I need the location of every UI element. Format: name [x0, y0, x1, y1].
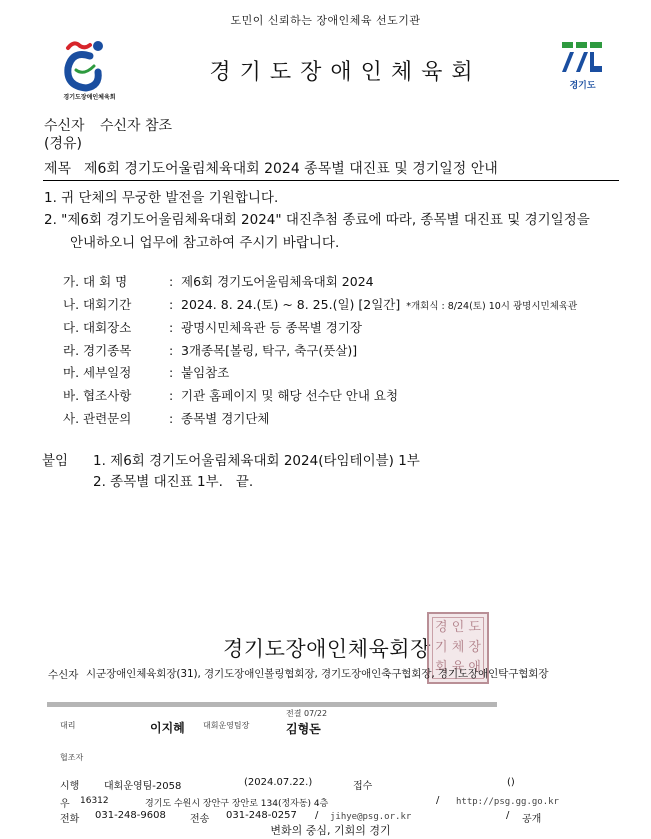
email-slash: /	[315, 810, 318, 821]
signer-title: 경기도장애인체육회장	[223, 633, 431, 663]
detail-value: 광명시민체육관 등 종목별 경기장	[181, 320, 362, 335]
detail-label: 가. 대 회 명	[63, 272, 169, 290]
cooperator-label: 협조자	[60, 752, 83, 763]
detail-venue: 다. 대회장소:광명시민체육관 등 종목별 경기장	[63, 318, 362, 336]
detail-event-period: 나. 대회기간:2024. 8. 24.(토) ~ 8. 25.(일) [2일간…	[63, 295, 577, 313]
detail-value: 2024. 8. 24.(토) ~ 8. 25.(일) [2일간]	[181, 297, 400, 312]
detail-sports: 라. 경기종목:3개종목[볼링, 탁구, 축구(풋살)]	[63, 341, 357, 359]
detail-value: 기관 홈페이지 및 해당 선수단 안내 요청	[181, 388, 398, 403]
homepage-link[interactable]: http://psg.gg.go.kr	[456, 797, 559, 807]
detail-event-name: 가. 대 회 명:제6회 경기도어울림체육대회 2024	[63, 272, 374, 290]
detail-value: 붙임참조	[181, 365, 229, 380]
exec-date: (2024.07.22.)	[244, 777, 312, 788]
exec-label: 시행	[60, 777, 79, 792]
postal-label: 우	[60, 795, 70, 810]
body-paragraph-1: 1. 귀 단체의 무궁한 발전을 기원합니다.	[44, 186, 278, 206]
detail-label: 바. 협조사항	[63, 386, 169, 404]
detail-label: 사. 관련문의	[63, 409, 169, 427]
drafter-title: 대리	[60, 720, 75, 731]
detail-label: 마. 세부일정	[63, 363, 169, 381]
detail-value: 제6회 경기도어울림체육대회 2024	[181, 274, 374, 289]
address: 경기도 수원시 장안구 장안로 134(정자동) 4층	[145, 796, 328, 809]
attachment-item-1: 1. 제6회 경기도어울림체육대회 2024(타임테이블) 1부	[93, 449, 420, 469]
cc-label: 수신자	[48, 667, 78, 682]
opening-ceremony-note: *개회식 : 8/24(토) 10시 광명시민체육관	[406, 301, 577, 312]
detail-label: 나. 대회기간	[63, 295, 169, 313]
detail-label: 라. 경기종목	[63, 341, 169, 359]
exec-number: 대회운영팀-2058	[104, 777, 181, 792]
gyeonggi-province-logo-icon	[560, 40, 605, 76]
left-logo-caption: 경기도장애인체육회	[52, 92, 127, 101]
via-label: (경유)	[44, 133, 82, 153]
phone-number: 031-248-9608	[95, 810, 166, 821]
recipient-label: 수신자	[44, 115, 85, 135]
detail-schedule: 마. 세부일정:붙임참조	[63, 363, 229, 381]
attachment-label: 붙임	[42, 449, 68, 469]
attachment-item-2: 2. 종목별 대진표 1부. 끝.	[93, 470, 253, 490]
approver-title: 대회운영팀장	[203, 720, 249, 731]
address-slash: /	[436, 795, 439, 806]
body-paragraph-2: 2. "제6회 경기도어울림체육대회 2024" 대진추첨 종료에 따라, 종목…	[44, 208, 590, 228]
subject-value: 제6회 경기도어울림체육대회 2024 종목별 대진표 및 경기일정 안내	[84, 158, 498, 178]
cc-recipients: 시군장애인체육회장(31), 경기도장애인볼링협회장, 경기도장애인축구협회장,…	[86, 667, 626, 681]
approver-note: 전결 07/22	[286, 708, 327, 719]
email-link[interactable]: jihye@psg.or.kr	[330, 812, 411, 822]
disclosure-slash: /	[506, 810, 509, 821]
subject-label: 제목	[44, 158, 71, 178]
detail-label: 다. 대회장소	[63, 318, 169, 336]
gyeonggi-logo: 경기도	[560, 40, 610, 96]
right-logo-caption: 경기도	[560, 78, 605, 91]
bottom-slogan: 변화의 중심, 기회의 경기	[0, 822, 651, 838]
approval-divider	[47, 702, 497, 707]
body-paragraph-2-cont: 안내하오니 업무에 참고하여 주시기 바랍니다.	[70, 231, 339, 251]
drafter-name: 이지혜	[150, 719, 185, 736]
recipient-value: 수신자 참조	[100, 115, 172, 135]
detail-value: 종목별 경기단체	[181, 411, 270, 426]
receipt-label: 접수	[353, 777, 372, 792]
org-title: 경기도장애인체육회	[0, 55, 651, 86]
org-slogan: 도민이 신뢰하는 장애인체육 선도기관	[0, 12, 651, 28]
detail-value: 3개종목[볼링, 탁구, 축구(풋살)]	[181, 343, 357, 358]
postal-code: 16312	[80, 796, 109, 806]
subject-divider	[43, 180, 619, 181]
fax-number: 031-248-0257	[226, 810, 297, 821]
receipt-value: ()	[507, 777, 515, 788]
detail-inquiry: 사. 관련문의:종목별 경기단체	[63, 409, 270, 427]
detail-cooperation: 바. 협조사항:기관 홈페이지 및 해당 선수단 안내 요청	[63, 386, 398, 404]
approver-name: 김형돈	[286, 720, 321, 737]
